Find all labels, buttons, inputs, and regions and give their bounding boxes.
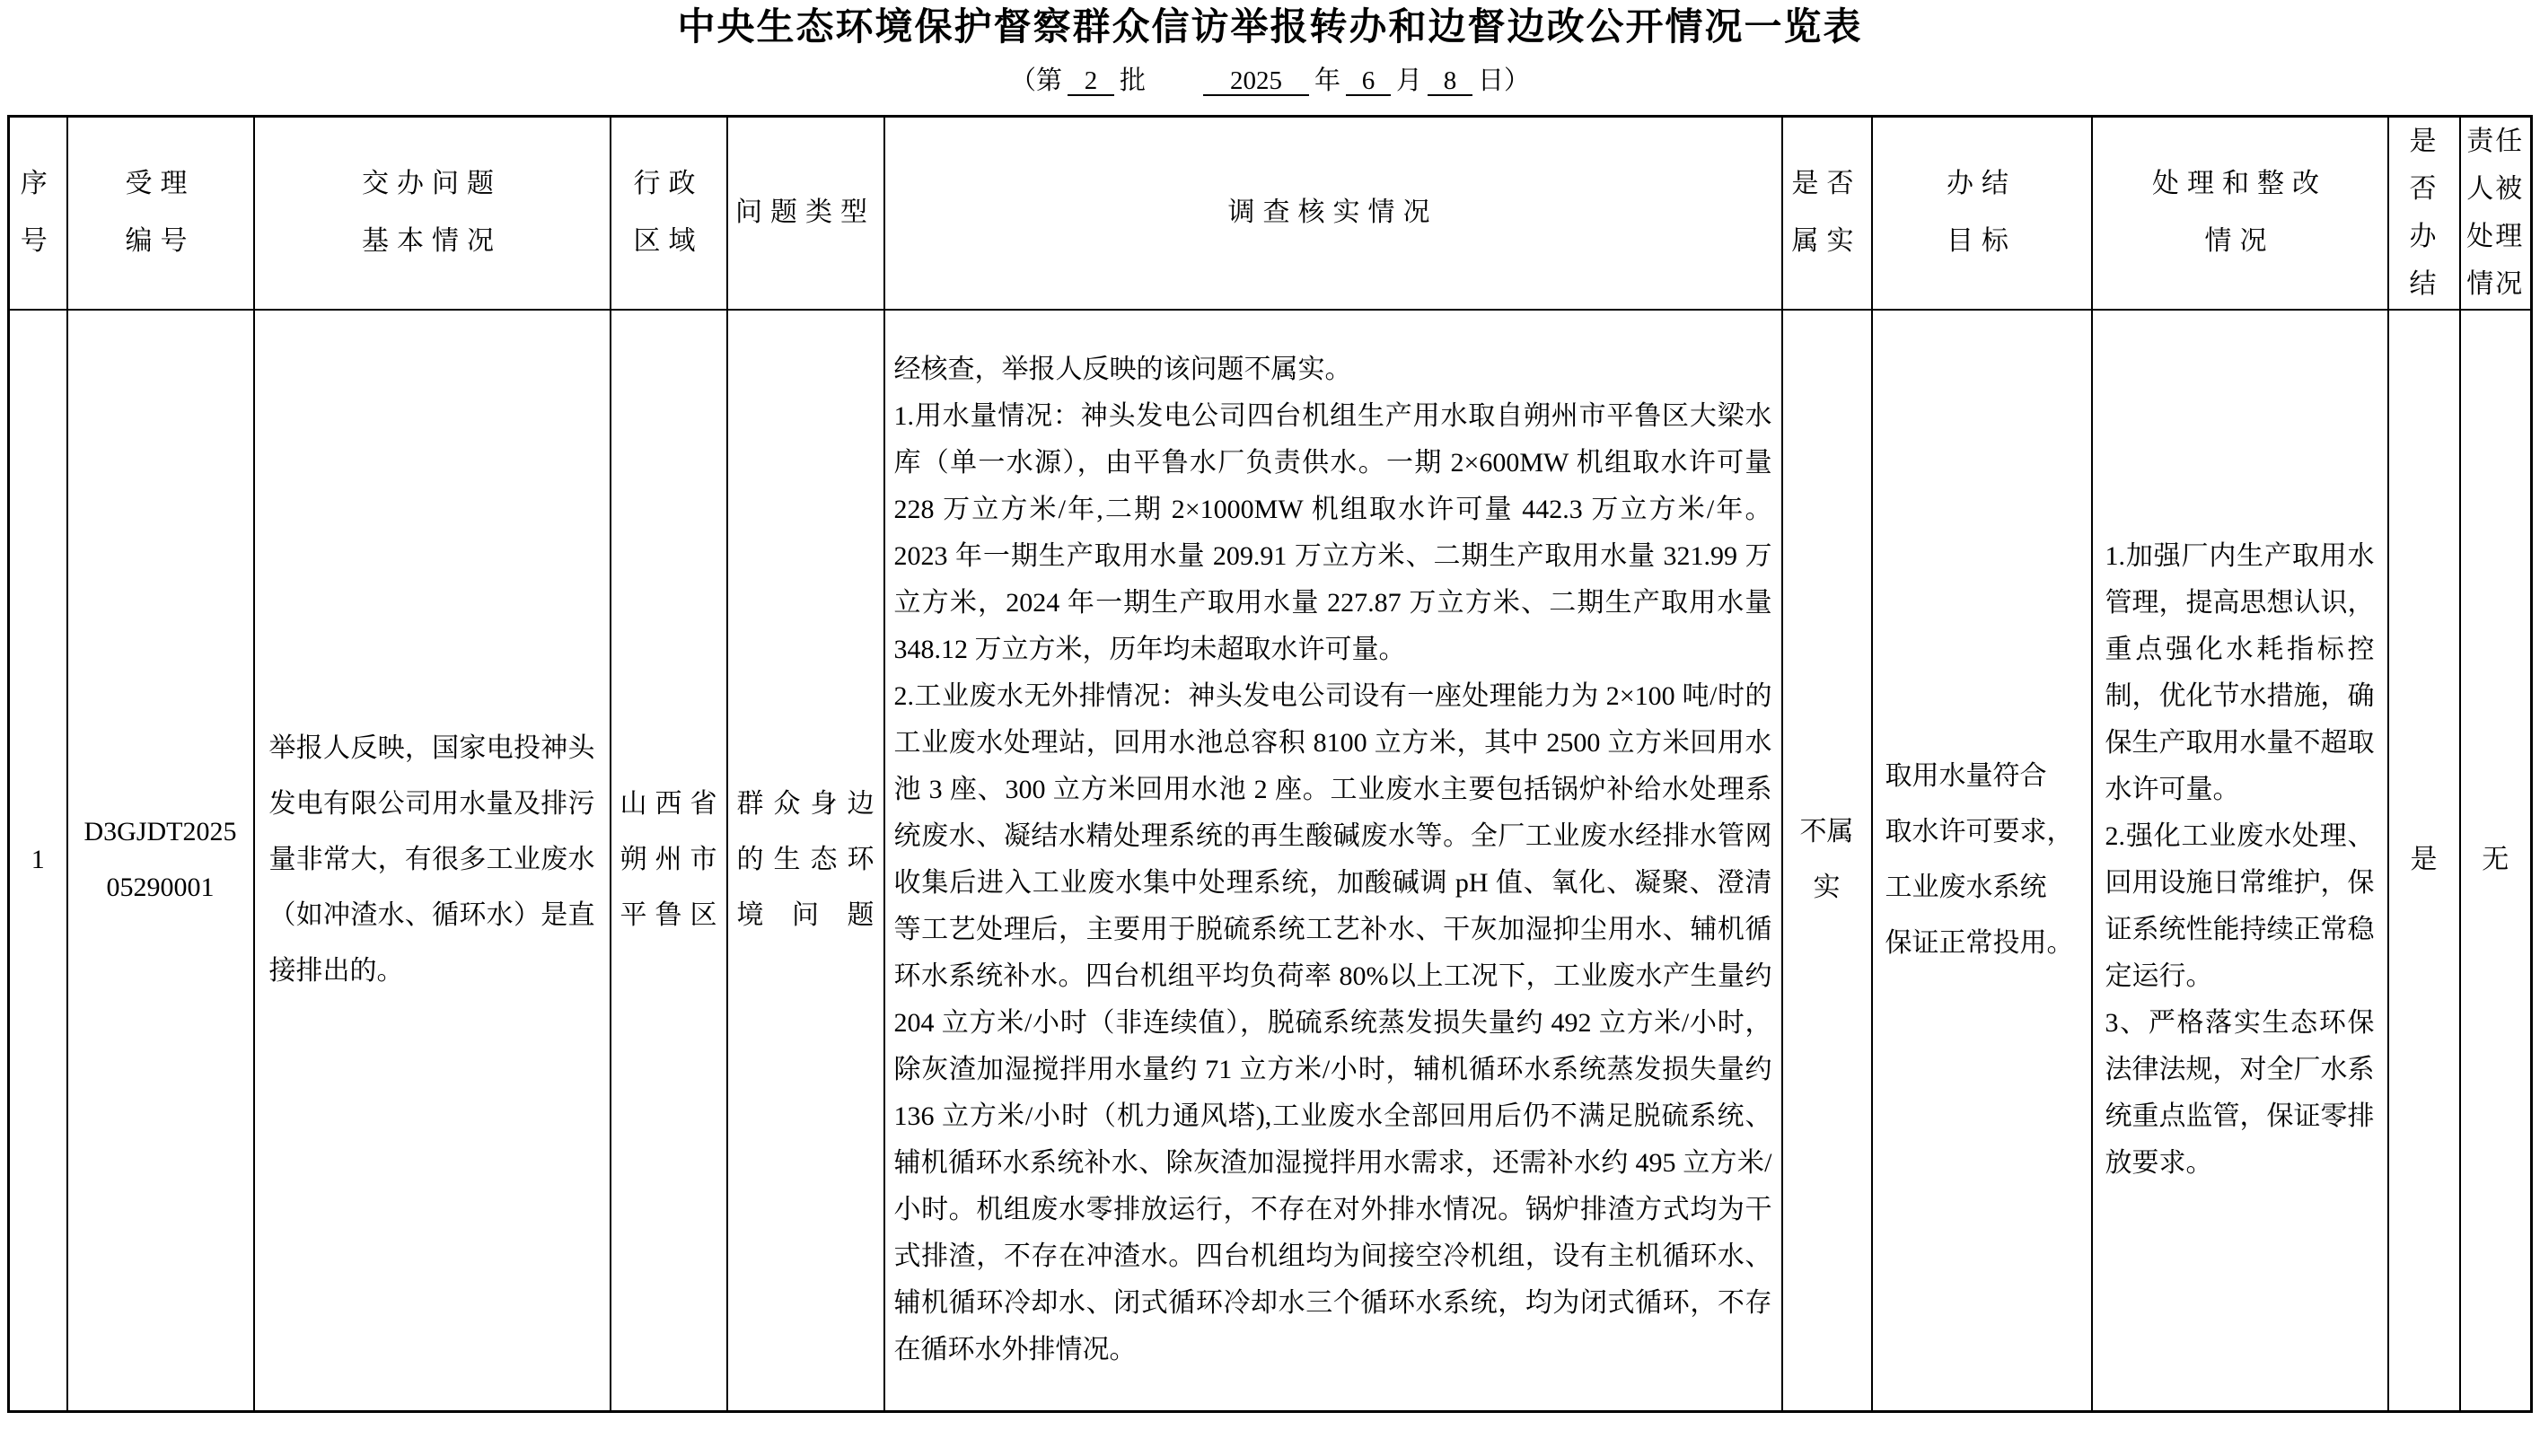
cell-is-closed: 是 bbox=[2388, 310, 2460, 1412]
cell-complaint: 举报人反映，国家电投神头发电有限公司用水量及排污量非常大，有很多工业废水（如冲渣… bbox=[254, 310, 611, 1412]
page-title: 中央生态环境保护督察群众信访举报转办和边督边改公开情况一览表 bbox=[0, 0, 2540, 48]
header-seq: 序 号 bbox=[9, 117, 67, 310]
header-is-true: 是否 属实 bbox=[1782, 117, 1872, 310]
cell-is-true: 不属实 bbox=[1782, 310, 1872, 1412]
cell-goal: 取用水量符合 取水许可要求， 工业废水系统 保证正常投用。 bbox=[1872, 310, 2092, 1412]
header-is-closed: 是 否 办 结 bbox=[2388, 117, 2460, 310]
batch-suffix: 批 bbox=[1120, 66, 1146, 95]
day-suffix: 日） bbox=[1478, 66, 1530, 95]
table-row: 1 D3GJDT2025 05290001 举报人反映，国家电投神头发电有限公司… bbox=[9, 310, 2532, 1412]
day-value: 8 bbox=[1428, 67, 1472, 96]
cell-rectification: 1.加强厂内生产取用水管理，提高思想认识，重点强化水耗指标控制，优化节水措施，确… bbox=[2092, 310, 2388, 1412]
batch-date-line: （第2批2025年6月8日） bbox=[0, 65, 2540, 97]
header-goal: 办结 目标 bbox=[1872, 117, 2092, 310]
header-investigation: 调查核实情况 bbox=[884, 117, 1782, 310]
year-value: 2025 bbox=[1203, 67, 1309, 96]
month-value: 6 bbox=[1346, 67, 1391, 96]
cell-investigation: 经核查，举报人反映的该问题不属实。 1.用水量情况：神头发电公司四台机组生产用水… bbox=[884, 310, 1782, 1412]
header-rectification: 处理和整改 情况 bbox=[2092, 117, 2388, 310]
header-case-no: 受理 编号 bbox=[67, 117, 254, 310]
cell-accountability: 无 bbox=[2460, 310, 2532, 1412]
subtitle-open: （第 bbox=[1010, 66, 1062, 95]
header-problem-type: 问题类型 bbox=[727, 117, 884, 310]
cell-case-no: D3GJDT2025 05290001 bbox=[67, 310, 254, 1412]
batch-number: 2 bbox=[1068, 67, 1114, 96]
cell-problem-type: 群众身边 的生态环 境问题 bbox=[727, 310, 884, 1412]
cell-region: 山西省 朔州市 平鲁区 bbox=[611, 310, 727, 1412]
complaints-table: 序 号 受理 编号 交办问题 基本情况 行政 区域 问题类型 调查核实情况 是否… bbox=[7, 115, 2533, 1413]
header-complaint: 交办问题 基本情况 bbox=[254, 117, 611, 310]
month-suffix: 月 bbox=[1396, 66, 1422, 95]
header-region: 行政 区域 bbox=[611, 117, 727, 310]
cell-seq: 1 bbox=[9, 310, 67, 1412]
year-suffix: 年 bbox=[1314, 66, 1340, 95]
header-accountability: 责任 人被 处理 情况 bbox=[2460, 117, 2532, 310]
header-row: 序 号 受理 编号 交办问题 基本情况 行政 区域 问题类型 调查核实情况 是否… bbox=[9, 117, 2532, 310]
